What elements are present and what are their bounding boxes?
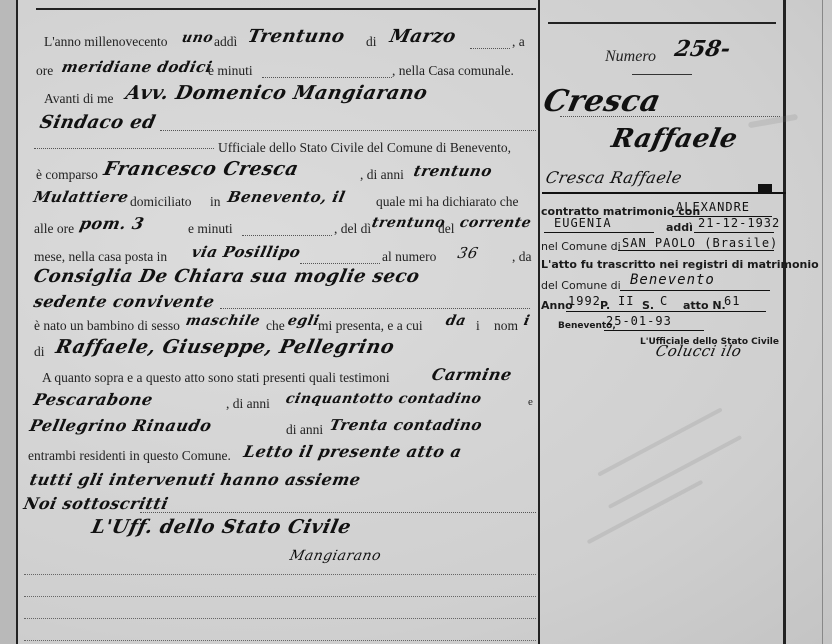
left-border-line (16, 0, 18, 644)
margin-typed-name: Cresca Raffaele (544, 168, 684, 187)
printed-text: quale mi ha dichiarato che (376, 194, 518, 210)
handwritten-officer-role: Sindaco ed (38, 112, 158, 133)
printed-text: entrambi residenti in questo Comune. (28, 448, 231, 464)
stamp-spouse-1: ALEXANDRE (676, 200, 750, 214)
handwritten-day: Trentuno (246, 26, 347, 47)
page-binding-edge (0, 0, 17, 644)
handwritten-month: Marzo (388, 26, 458, 47)
printed-text: , da (512, 249, 532, 265)
printed-text: di (34, 344, 45, 360)
handwritten-house-number: 36 (456, 244, 480, 262)
handwritten-pronoun: egli (286, 313, 321, 329)
top-rule (36, 8, 536, 10)
dotted-fill (560, 116, 780, 117)
handwritten-child-names: Raffaele, Giuseppe, Pellegrino (54, 336, 397, 358)
handwritten-declarant-age: trentuno (412, 162, 494, 180)
printed-text: Avanti di me (44, 91, 113, 107)
stamp-spouse-2: EUGENIA (554, 216, 612, 230)
printed-text: mi presenta, e a cui (318, 318, 423, 334)
stamp-parte: II (618, 294, 634, 308)
stamp-underline (566, 311, 766, 312)
dotted-fill (470, 48, 510, 49)
printed-text: , a (512, 34, 525, 50)
handwritten-residence: Benevento, il (226, 188, 347, 206)
column-divider-line (538, 0, 540, 644)
printed-text: L'anno millenovecento (44, 34, 168, 50)
handwritten-closing-2: tutti gli intervenuti hanno assieme (28, 470, 363, 489)
handwritten-witness2-age-occupation: Trenta contadino (328, 416, 484, 434)
pencil-mark (597, 407, 722, 476)
handwritten-hour: meridiane dodici (60, 58, 214, 76)
printed-text: in (210, 194, 221, 210)
stamp-label: nel Comune di (541, 240, 621, 253)
printed-text: e (528, 396, 533, 408)
stamp-anno: 1992 (568, 294, 601, 308)
dotted-fill (34, 148, 214, 149)
handwritten-officer-title: L'Uff. dello Stato Civile (90, 516, 354, 538)
stamp-officer-signature: Colucci ilo (654, 342, 743, 360)
handwritten-sex: maschile (184, 313, 261, 329)
handwritten-year: uno (180, 30, 215, 46)
empty-ruled-line (24, 596, 536, 597)
printed-text: e minuti (208, 63, 253, 79)
stamp-underline (544, 232, 654, 233)
dotted-fill (160, 130, 536, 131)
stamp-label: del Comune di (541, 279, 621, 292)
stamp-underline (604, 330, 704, 331)
printed-text: del (438, 221, 455, 237)
dotted-fill (242, 235, 332, 236)
printed-text: Ufficiale dello Stato Civile del Comune … (218, 140, 511, 156)
stamp-label: addì (666, 221, 693, 234)
handwritten-officer-name: Avv. Domenico Mangiarano (124, 82, 430, 104)
handwritten-witness1-first: Carmine (430, 365, 514, 384)
stamp-serie: C (660, 294, 668, 308)
printed-text: di anni (286, 422, 323, 438)
stamp-date: 21-12-1932 (698, 216, 780, 230)
printed-text: , del dì (334, 221, 371, 237)
handwritten-mother: Consiglia De Chiara sua moglie seco (32, 266, 422, 287)
civil-record-page: L'anno millenovecento uno addì Trentuno … (0, 0, 832, 644)
handwritten-closing-1: Letto il presente atto a (242, 442, 464, 461)
printed-text: è nato un bambino di sesso (34, 318, 180, 334)
ink-mark (758, 184, 772, 192)
right-border-line (783, 0, 786, 644)
handwritten-suffix: i (522, 313, 531, 329)
dotted-fill (300, 263, 380, 264)
printed-text: e minuti (188, 221, 233, 237)
printed-text: è comparso (36, 167, 98, 183)
printed-text: mese, nella casa posta in (34, 249, 167, 265)
officer-signature: Mangiarano (288, 548, 382, 564)
stamp-underline (618, 250, 774, 251)
printed-text: domiciliato (130, 194, 192, 210)
printed-text: nom (494, 318, 518, 334)
handwritten-da: da (444, 313, 467, 329)
printed-text: A quanto sopra e a questo atto sono stat… (42, 370, 390, 386)
handwritten-birth-month: corrente (458, 215, 532, 231)
handwritten-occupation: Mulattiere (32, 188, 130, 206)
stamp-underline (694, 232, 774, 233)
margin-given-name: Raffaele (609, 124, 741, 154)
handwritten-witness1-surname: Pescarabone (32, 390, 155, 409)
annotation-rule (542, 192, 786, 194)
page-edge-line (822, 0, 823, 644)
printed-text: ore (36, 63, 53, 79)
margin-top-rule (548, 22, 776, 24)
printed-text: , di anni (226, 396, 270, 412)
printed-text: alle ore (34, 221, 74, 237)
stamp-underline (620, 290, 770, 291)
stamp-comune: Benevento (630, 272, 715, 288)
handwritten-closing-3: Noi sottoscritti (22, 494, 170, 513)
record-number: 258- (673, 36, 733, 62)
handwritten-witness2-name: Pellegrino Rinaudo (28, 416, 214, 435)
handwritten-birth-hour: pom. 3 (78, 214, 146, 233)
printed-text: i (476, 318, 480, 334)
handwritten-declarant: Francesco Cresca (102, 158, 301, 180)
handwritten-birth-day: trentuno (370, 215, 446, 231)
record-number-label: Numero (605, 48, 656, 66)
flourish-rule (632, 74, 692, 75)
handwritten-cohabitation: sedente convivente (32, 292, 216, 311)
dotted-fill (262, 77, 392, 78)
margin-surname: Cresca (540, 84, 664, 119)
printed-text: , nella Casa comunale. (392, 63, 514, 79)
stamp-place-date: 25-01-93 (606, 314, 672, 328)
printed-text: al numero (382, 249, 436, 265)
handwritten-witness1-age-occupation: cinquantotto contadino (284, 391, 483, 407)
dotted-fill (140, 512, 536, 513)
empty-ruled-line (24, 640, 536, 641)
printed-text: di (366, 34, 377, 50)
dotted-fill (220, 308, 530, 309)
stamp-atto-number: 61 (724, 294, 740, 308)
printed-text: , di anni (360, 167, 404, 183)
stamp-place: SAN PAOLO (Brasile) (622, 236, 778, 250)
empty-ruled-line (24, 574, 536, 575)
handwritten-street: via Posillipo (190, 243, 302, 261)
printed-text: addì (214, 34, 237, 50)
empty-ruled-line (24, 618, 536, 619)
printed-text: che (266, 318, 285, 334)
stamp-label: L'atto fu trascritto nei registri di mat… (541, 258, 819, 271)
